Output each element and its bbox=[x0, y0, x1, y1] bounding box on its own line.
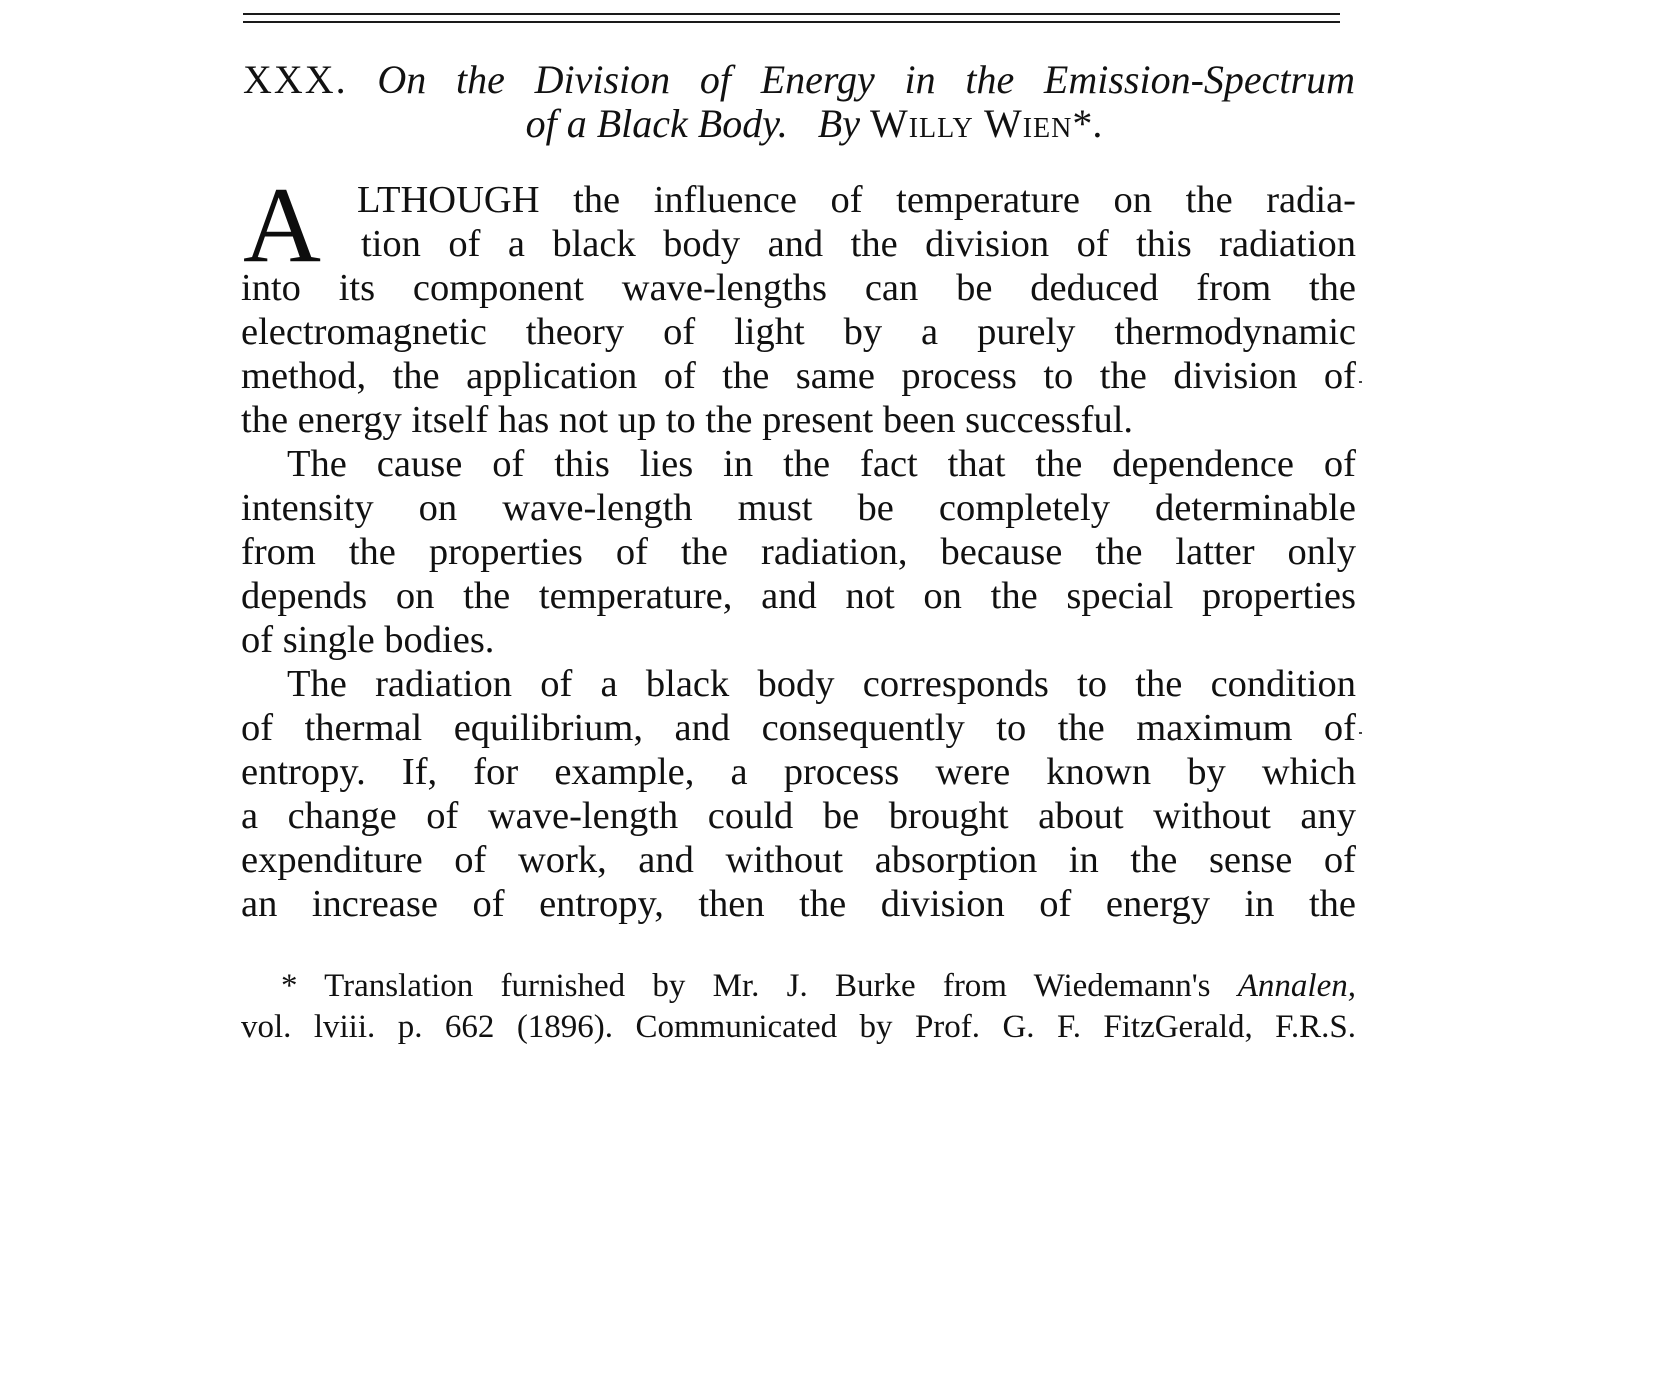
article-title: XXX. On the Division of Energy in the Em… bbox=[243, 58, 1355, 146]
title-by: By bbox=[818, 101, 860, 146]
body-line: The cause of this lies in the fact that … bbox=[241, 442, 1356, 486]
footnote: * Translation furnished by Mr. J. Burke … bbox=[241, 966, 1356, 1048]
scanned-page: XXX. On the Division of Energy in the Em… bbox=[0, 0, 1671, 1389]
title-text-2: of a Black Body. bbox=[526, 101, 788, 146]
title-line-1: XXX. On the Division of Energy in the Em… bbox=[243, 58, 1355, 102]
body-line: into its component wave-lengths can be d… bbox=[241, 266, 1356, 310]
header-rule-top bbox=[243, 13, 1340, 15]
body-line: intensity on wave-length must be complet… bbox=[241, 486, 1356, 530]
body-line: depends on the temperature, and not on t… bbox=[241, 574, 1356, 618]
body-line: electromagnetic theory of light by a pur… bbox=[241, 310, 1356, 354]
body-line: tion of a black body and the division of… bbox=[241, 222, 1356, 266]
body-line: method, the application of the same proc… bbox=[241, 354, 1356, 398]
body-line: the energy itself has not up to the pres… bbox=[241, 398, 1356, 442]
body-line: of thermal equilibrium, and consequently… bbox=[241, 706, 1356, 750]
title-footnote-marker: *. bbox=[1072, 101, 1102, 146]
body-line: of single bodies. bbox=[241, 618, 1356, 662]
article-body: LTHOUGH the influence of temperature on … bbox=[241, 178, 1356, 926]
body-line: entropy. If, for example, a process were… bbox=[241, 750, 1356, 794]
footnote-line-2: vol. lviii. p. 662 (1896). Communicated … bbox=[241, 1007, 1356, 1048]
header-rule-bottom bbox=[243, 21, 1340, 23]
body-line: expenditure of work, and without absorpt… bbox=[241, 838, 1356, 882]
footnote-journal: Annalen, bbox=[1238, 968, 1356, 1004]
body-line: from the properties of the radiation, be… bbox=[241, 530, 1356, 574]
paragraph-2: The cause of this lies in the fact that … bbox=[241, 442, 1356, 662]
body-line: an increase of entropy, then the divisio… bbox=[241, 882, 1356, 926]
article-number: XXX. bbox=[243, 57, 348, 102]
paragraph-3: The radiation of a black body correspond… bbox=[241, 662, 1356, 926]
footnote-line-1: * Translation furnished by Mr. J. Burke … bbox=[241, 966, 1356, 1007]
footnote-text-1: * Translation furnished by Mr. J. Burke … bbox=[281, 968, 1211, 1004]
body-line: a change of wave-length could be brought… bbox=[241, 794, 1356, 838]
body-line: LTHOUGH the influence of temperature on … bbox=[241, 178, 1356, 222]
title-text-1: On the Division of Energy in the Emissio… bbox=[377, 57, 1355, 102]
author-name: Willy Wien bbox=[870, 101, 1072, 146]
margin-mark bbox=[1359, 381, 1362, 383]
body-line: The radiation of a black body correspond… bbox=[241, 662, 1356, 706]
margin-mark bbox=[1359, 732, 1362, 734]
paragraph-1: LTHOUGH the influence of temperature on … bbox=[241, 178, 1356, 442]
title-line-2: of a Black Body. By Willy Wien*. bbox=[243, 102, 1355, 146]
